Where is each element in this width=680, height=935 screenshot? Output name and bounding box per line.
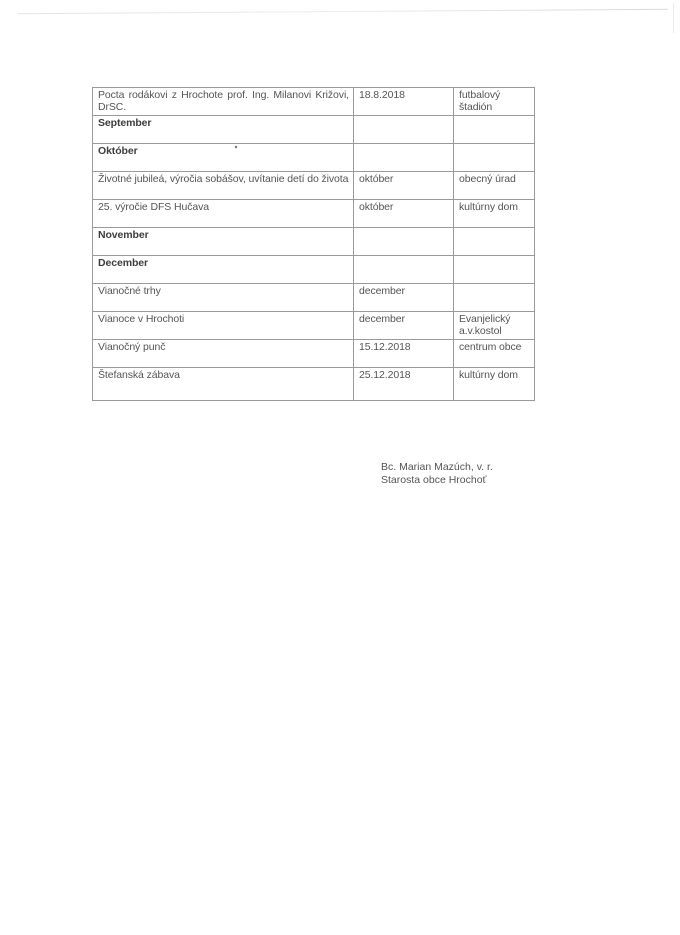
- place-cell: [454, 228, 535, 256]
- table-row: 25. výročie DFS Hučava október kultúrny …: [93, 200, 535, 228]
- place-cell: [454, 116, 535, 144]
- table-row: Životné jubileá, výročia sobášov, uvítan…: [93, 172, 535, 200]
- table-row: November: [93, 228, 535, 256]
- date-cell: december: [354, 312, 454, 340]
- place-cell: [454, 284, 535, 312]
- place-cell: [454, 144, 535, 172]
- date-cell: december: [354, 284, 454, 312]
- place-cell: futbalový štadión: [454, 88, 535, 116]
- event-cell: 25. výročie DFS Hučava: [93, 200, 354, 228]
- event-cell: Pocta rodákovi z Hrochote prof. Ing. Mil…: [93, 88, 354, 116]
- date-cell: október: [354, 172, 454, 200]
- month-heading-cell: September: [93, 116, 354, 144]
- event-cell: Štefanská zábava: [93, 368, 354, 401]
- place-cell: [454, 256, 535, 284]
- date-cell: [354, 144, 454, 172]
- month-heading-cell: December: [93, 256, 354, 284]
- date-cell: [354, 228, 454, 256]
- date-cell: 15.12.2018: [354, 340, 454, 368]
- signatory-title: Starosta obce Hrochoť: [381, 474, 493, 487]
- date-cell: 25.12.2018: [354, 368, 454, 401]
- scan-edge-mark: [673, 3, 674, 33]
- month-heading-cell: Október: [93, 144, 354, 172]
- place-cell: Evanjelický a.v.kostol: [454, 312, 535, 340]
- place-cell: kultúrny dom: [454, 200, 535, 228]
- month-heading-cell: November: [93, 228, 354, 256]
- date-cell: 18.8.2018: [354, 88, 454, 116]
- table-row: December: [93, 256, 535, 284]
- date-cell: [354, 256, 454, 284]
- table-row: September: [93, 116, 535, 144]
- place-cell: kultúrny dom: [454, 368, 535, 401]
- table-row: Štefanská zábava 25.12.2018 kultúrny dom: [93, 368, 535, 401]
- table-row: Pocta rodákovi z Hrochote prof. Ing. Mil…: [93, 88, 535, 116]
- table-row: Vianočný punč 15.12.2018 centrum obce: [93, 340, 535, 368]
- signatory-name: Bc. Marian Mazúch, v. r.: [381, 461, 493, 474]
- events-table: Pocta rodákovi z Hrochote prof. Ing. Mil…: [92, 87, 535, 401]
- event-cell: Vianočný punč: [93, 340, 354, 368]
- table-row: Vianoce v Hrochoti december Evanjelický …: [93, 312, 535, 340]
- place-cell: centrum obce: [454, 340, 535, 368]
- place-cell: obecný úrad: [454, 172, 535, 200]
- event-cell: Vianoce v Hrochoti: [93, 312, 354, 340]
- table-row: Október: [93, 144, 535, 172]
- signature-block: Bc. Marian Mazúch, v. r. Starosta obce H…: [381, 461, 493, 487]
- date-cell: [354, 116, 454, 144]
- event-cell: Životné jubileá, výročia sobášov, uvítan…: [93, 172, 354, 200]
- event-cell: Vianočné trhy: [93, 284, 354, 312]
- table-row: Vianočné trhy december: [93, 284, 535, 312]
- scan-edge-line: [18, 9, 668, 15]
- date-cell: október: [354, 200, 454, 228]
